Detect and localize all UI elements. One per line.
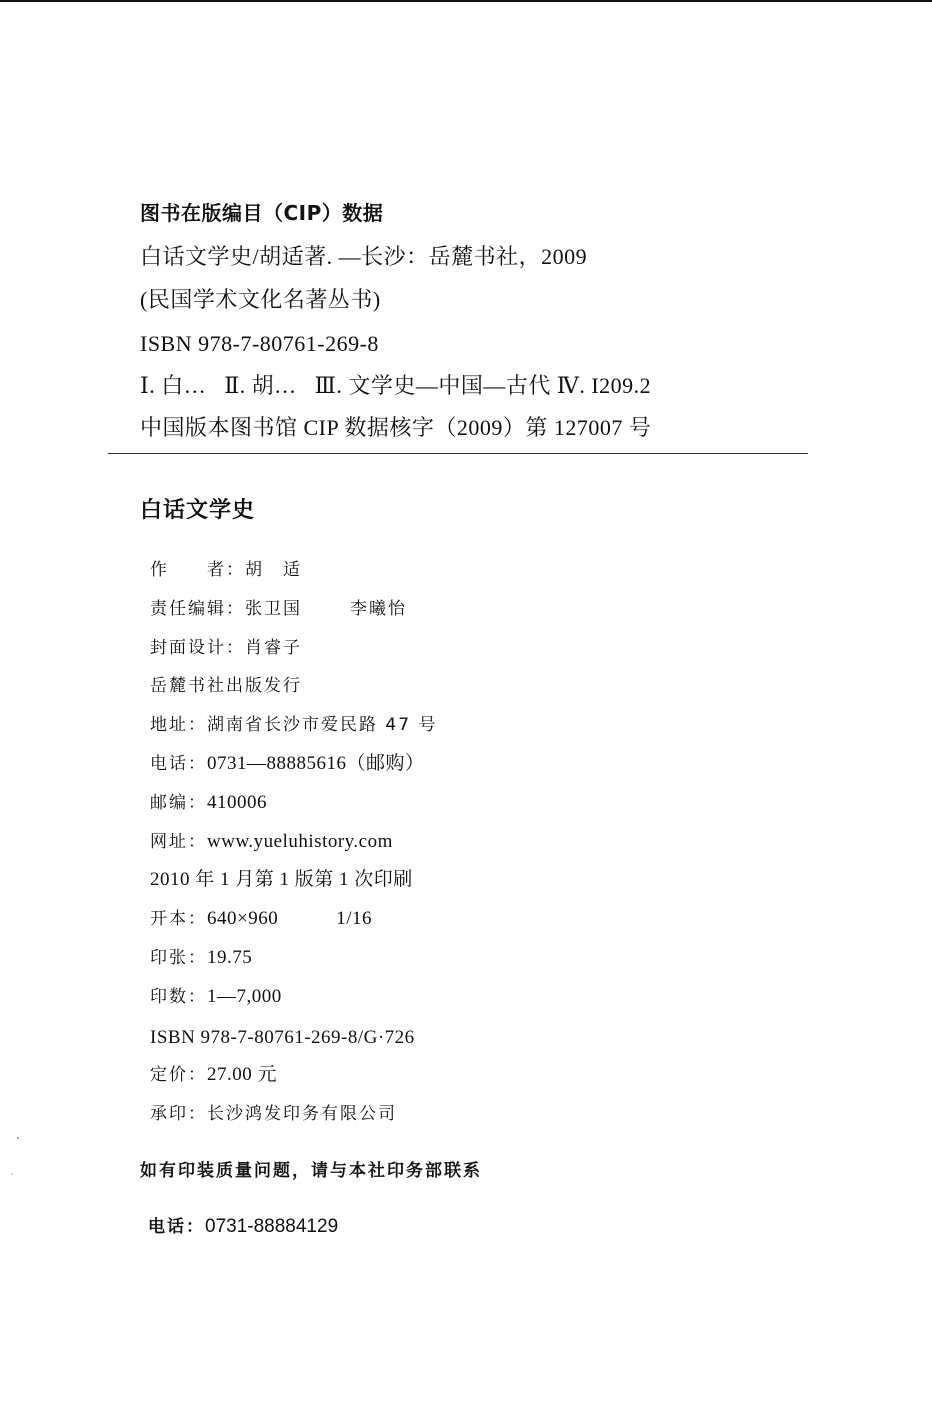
field-price-label: 定价： — [150, 1065, 207, 1085]
cip-heading: 图书在版编目（CIP）数据 — [140, 203, 383, 223]
field-website-label: 网址： — [150, 832, 207, 852]
field-phone-label: 电话： — [150, 754, 207, 774]
field-postcode-value: 410006 — [207, 792, 267, 813]
field-format-label: 开本： — [150, 909, 207, 929]
field-edition-value: 2010 年 1 月第 1 版第 1 次印刷 — [150, 869, 413, 890]
field-author-value: 胡 适 — [245, 560, 302, 580]
field-format: 开本：640×9601/16 — [140, 891, 372, 928]
section-divider — [108, 453, 808, 454]
field-price-value: 27.00 元 — [207, 1064, 277, 1085]
field-sheets-value: 19.75 — [207, 947, 252, 968]
field-website: 网址：www.yueluhistory.com — [140, 814, 393, 851]
field-author-label: 作 者： — [150, 560, 245, 580]
field-edition: 2010 年 1 月第 1 版第 1 次印刷 — [140, 852, 413, 889]
field-publisher-value: 岳麓书社出版发行 — [150, 676, 302, 696]
field-address-value: 湖南省长沙市爱民路 47 号 — [207, 715, 437, 735]
field-printer-value: 长沙鸿发印务有限公司 — [207, 1104, 397, 1124]
field-printer-label: 承印： — [150, 1104, 207, 1124]
cip-line-classification: Ⅰ. 白… Ⅱ. 胡… Ⅲ. 文学史—中国—古代 Ⅳ. I209.2 — [140, 375, 651, 397]
field-isbn-value: ISBN 978-7-80761-269-8/G·726 — [150, 1027, 415, 1048]
field-cover-design-label: 封面设计： — [150, 638, 245, 658]
field-postcode: 邮编：410006 — [140, 775, 267, 812]
field-print-run: 印数：1—7,000 — [140, 969, 282, 1006]
scan-speck — [11, 1173, 13, 1175]
field-editor-value-2: 李曦怡 — [350, 599, 407, 619]
field-cover-design-value: 肖睿子 — [245, 638, 302, 658]
cip-line-record-number: 中国版本图书馆 CIP 数据核字（2009）第 127007 号 — [140, 417, 651, 439]
field-print-run-label: 印数： — [150, 987, 207, 1007]
book-title: 白话文学史 — [140, 500, 255, 522]
field-author: 作 者：胡 适 — [140, 542, 302, 579]
field-website-value: www.yueluhistory.com — [207, 831, 393, 852]
field-price: 定价：27.00 元 — [140, 1047, 277, 1084]
scan-speck — [17, 1137, 19, 1139]
field-cover-design: 封面设计：肖睿子 — [140, 620, 302, 657]
field-phone: 电话：0731—88885616（邮购） — [140, 736, 425, 773]
quality-notice: 如有印装质量问题，请与本社印务部联系 — [140, 1163, 482, 1180]
field-address-label: 地址： — [150, 715, 207, 735]
field-sheets-label: 印张： — [150, 948, 207, 968]
field-format-value: 640×960 — [207, 908, 278, 929]
field-publisher: 岳麓书社出版发行 — [140, 658, 302, 695]
page-top-border — [0, 0, 932, 2]
field-postcode-label: 邮编： — [150, 793, 207, 813]
notice-phone: 电话：0731-88884129 — [140, 1201, 338, 1236]
cip-line-series: (民国学术文化名著丛书) — [140, 289, 381, 311]
field-editor-label: 责任编辑： — [150, 599, 245, 619]
field-isbn: ISBN 978-7-80761-269-8/G·726 — [140, 1010, 415, 1047]
field-address: 地址：湖南省长沙市爱民路 47 号 — [140, 697, 437, 734]
field-print-run-value: 1—7,000 — [207, 986, 282, 1007]
notice-phone-label: 电话： — [148, 1217, 205, 1237]
cip-line-title-author: 白话文学史/胡适著. —长沙：岳麓书社，2009 — [140, 246, 587, 268]
field-format-value-2: 1/16 — [336, 908, 372, 929]
field-printer: 承印：长沙鸿发印务有限公司 — [140, 1086, 397, 1123]
field-editor-value: 张卫国 — [245, 599, 302, 619]
field-phone-value: 0731—88885616（邮购） — [207, 753, 425, 774]
cip-line-isbn: ISBN 978-7-80761-269-8 — [140, 333, 379, 355]
field-sheets: 印张：19.75 — [140, 930, 252, 967]
field-editor: 责任编辑：张卫国李曦怡 — [140, 581, 407, 618]
notice-phone-value: 0731-88884129 — [205, 1216, 338, 1237]
